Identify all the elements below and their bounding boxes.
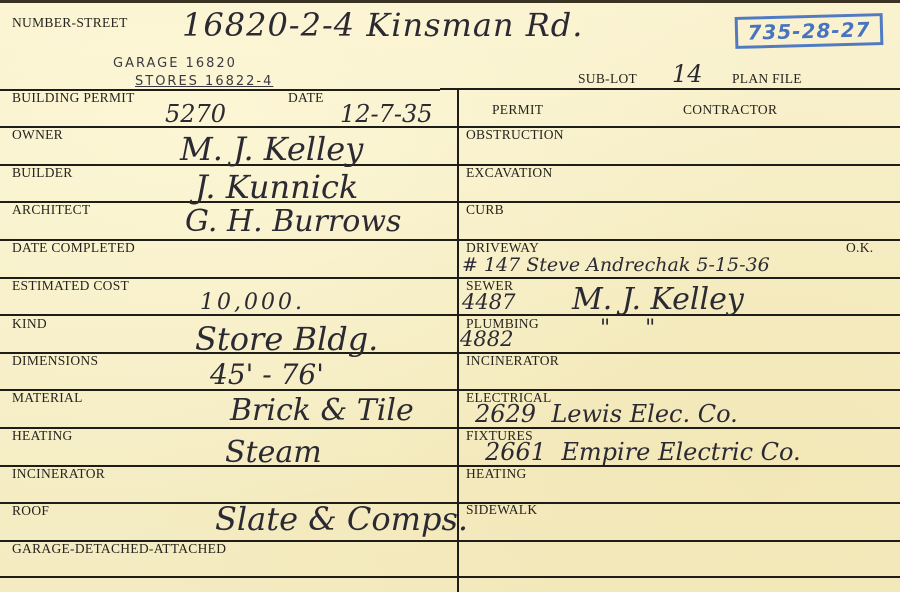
electrical-value: 2629 Lewis Elec. Co.: [475, 400, 738, 428]
incinerator-label: INCINERATOR: [12, 466, 105, 483]
architect-label: ARCHITECT: [12, 202, 90, 219]
builder-value: J. Kunnick: [195, 168, 358, 206]
address-handwritten: 16820-2-4 Kinsman Rd.: [182, 6, 583, 44]
architect-value: G. H. Burrows: [185, 204, 401, 239]
dimensions-label: DIMENSIONS: [12, 353, 98, 370]
record-stamp: 735-28-27: [735, 13, 884, 49]
permit-header: PERMIT: [492, 102, 543, 119]
contractor-header: CONTRACTOR: [683, 102, 777, 119]
driveway-ok: O.K.: [846, 240, 873, 257]
heating-permit-label: HEATING: [466, 466, 527, 483]
estimated-cost-value: 10,000.: [200, 290, 305, 315]
obstruction-label: OBSTRUCTION: [466, 127, 564, 144]
fixtures-value: 2661 Empire Electric Co.: [485, 438, 801, 466]
roof-label: ROOF: [12, 503, 49, 520]
building-permit-card: NUMBER-STREET 16820-2-4 Kinsman Rd. 735-…: [0, 0, 900, 592]
garage-label: GARAGE-DETACHED-ATTACHED: [12, 541, 226, 558]
kind-value: Store Bldg.: [195, 320, 378, 358]
plumbing-contractor: " ": [600, 316, 655, 341]
driveway-value: # 147 Steve Andrechak 5-15-36: [462, 254, 770, 276]
material-value: Brick & Tile: [230, 393, 414, 428]
heating-label: HEATING: [12, 428, 73, 445]
incinerator-permit-label: INCINERATOR: [466, 353, 559, 370]
curb-label: CURB: [466, 202, 504, 219]
excavation-label: EXCAVATION: [466, 165, 553, 182]
plumbing-permit: 4882: [460, 327, 513, 351]
card-top-edge: [0, 0, 900, 3]
garage-note: GARAGE 16820: [113, 56, 237, 71]
dimensions-value: 45' - 76': [210, 358, 324, 391]
stores-note: STORES 16822-4: [135, 74, 273, 89]
building-permit-value: 5270: [165, 100, 226, 128]
number-street-label: NUMBER-STREET: [12, 15, 128, 32]
sidewalk-label: SIDEWALK: [466, 502, 537, 519]
building-permit-label: BUILDING PERMIT: [12, 90, 135, 107]
date-label: DATE: [288, 90, 324, 107]
sub-lot-value: 14: [672, 60, 703, 88]
builder-label: BUILDER: [12, 165, 73, 182]
date-value: 12-7-35: [340, 100, 433, 128]
estimated-cost-label: ESTIMATED COST: [12, 278, 129, 295]
roof-value: Slate & Comps.: [215, 500, 468, 538]
sewer-contractor: M. J. Kelley: [572, 282, 744, 317]
sub-lot-label: SUB-LOT: [578, 71, 637, 88]
date-completed-label: DATE COMPLETED: [12, 240, 135, 257]
plan-file-label: PLAN FILE: [732, 71, 802, 88]
sewer-permit: 4487: [462, 290, 515, 314]
kind-label: KIND: [12, 316, 47, 333]
owner-label: OWNER: [12, 127, 63, 144]
owner-value: M. J. Kelley: [180, 130, 363, 168]
heating-value: Steam: [225, 435, 322, 470]
material-label: MATERIAL: [12, 390, 83, 407]
